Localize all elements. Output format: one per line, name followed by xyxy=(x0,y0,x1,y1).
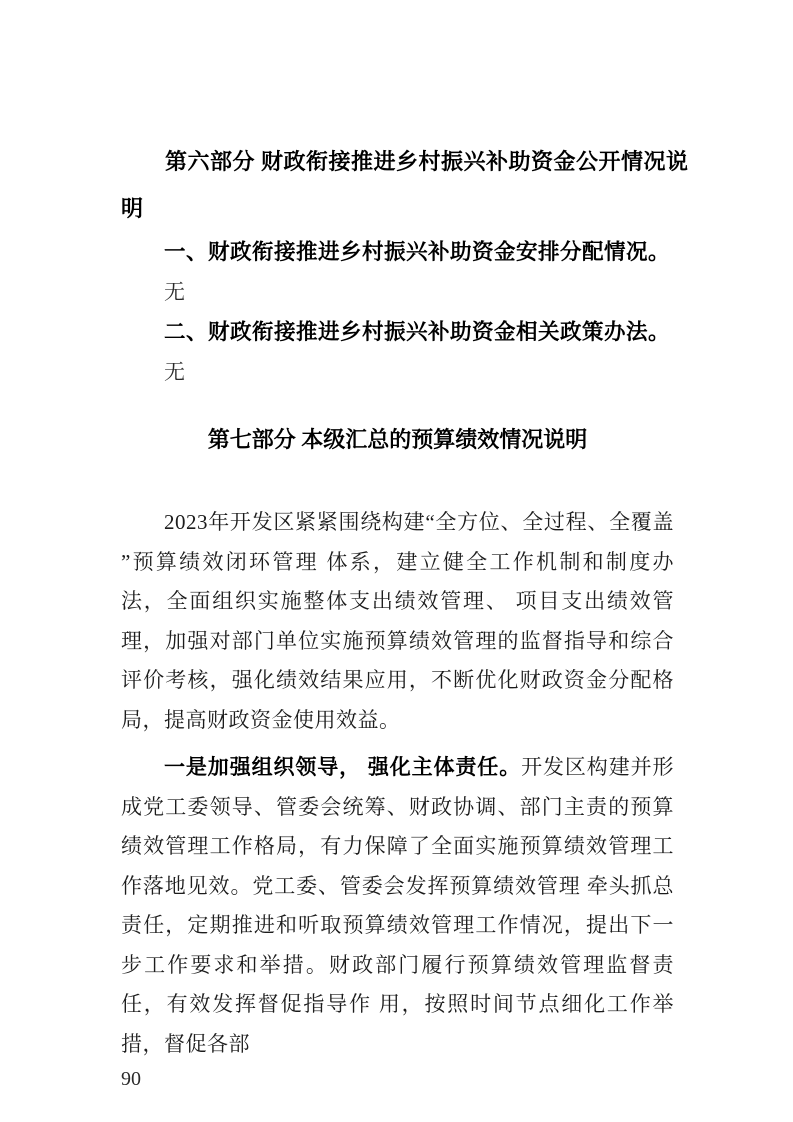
section7-paragraph2: 一是加强组织领导， 强化主体责任。开发区构建并形成党工委领导、管委会统筹、财政协… xyxy=(121,748,674,1064)
section6-item2-heading: 二、财政衔接推进乡村振兴补助资金相关政策办法。 xyxy=(121,312,674,352)
paragraph2-bold-lead: 一是加强组织领导， 强化主体责任。 xyxy=(164,756,521,779)
section7-paragraph1: 2023年开发区紧紧围绕构建“全方位、全过程、全覆盖 ”预算绩效闭环管理 体系，… xyxy=(121,503,674,740)
section6-item2-content: 无 xyxy=(121,352,674,392)
document-page: 第六部分 财政衔接推进乡村振兴补助资金公开情况说明 一、财政衔接推进乡村振兴补助… xyxy=(0,0,793,1122)
page-number: 90 xyxy=(121,1064,674,1094)
section6-heading: 第六部分 财政衔接推进乡村振兴补助资金公开情况说明 xyxy=(121,138,688,232)
section6-item1-heading: 一、财政衔接推进乡村振兴补助资金安排分配情况。 xyxy=(121,232,674,272)
section6-item1-content: 无 xyxy=(121,272,674,312)
paragraph2-body-text: 开发区构建并形成党工委领导、管委会统筹、财政协调、部门主责的预算绩效管理工作格局… xyxy=(121,755,674,1056)
section7-heading: 第七部分 本级汇总的预算绩效情况说明 xyxy=(121,420,674,460)
